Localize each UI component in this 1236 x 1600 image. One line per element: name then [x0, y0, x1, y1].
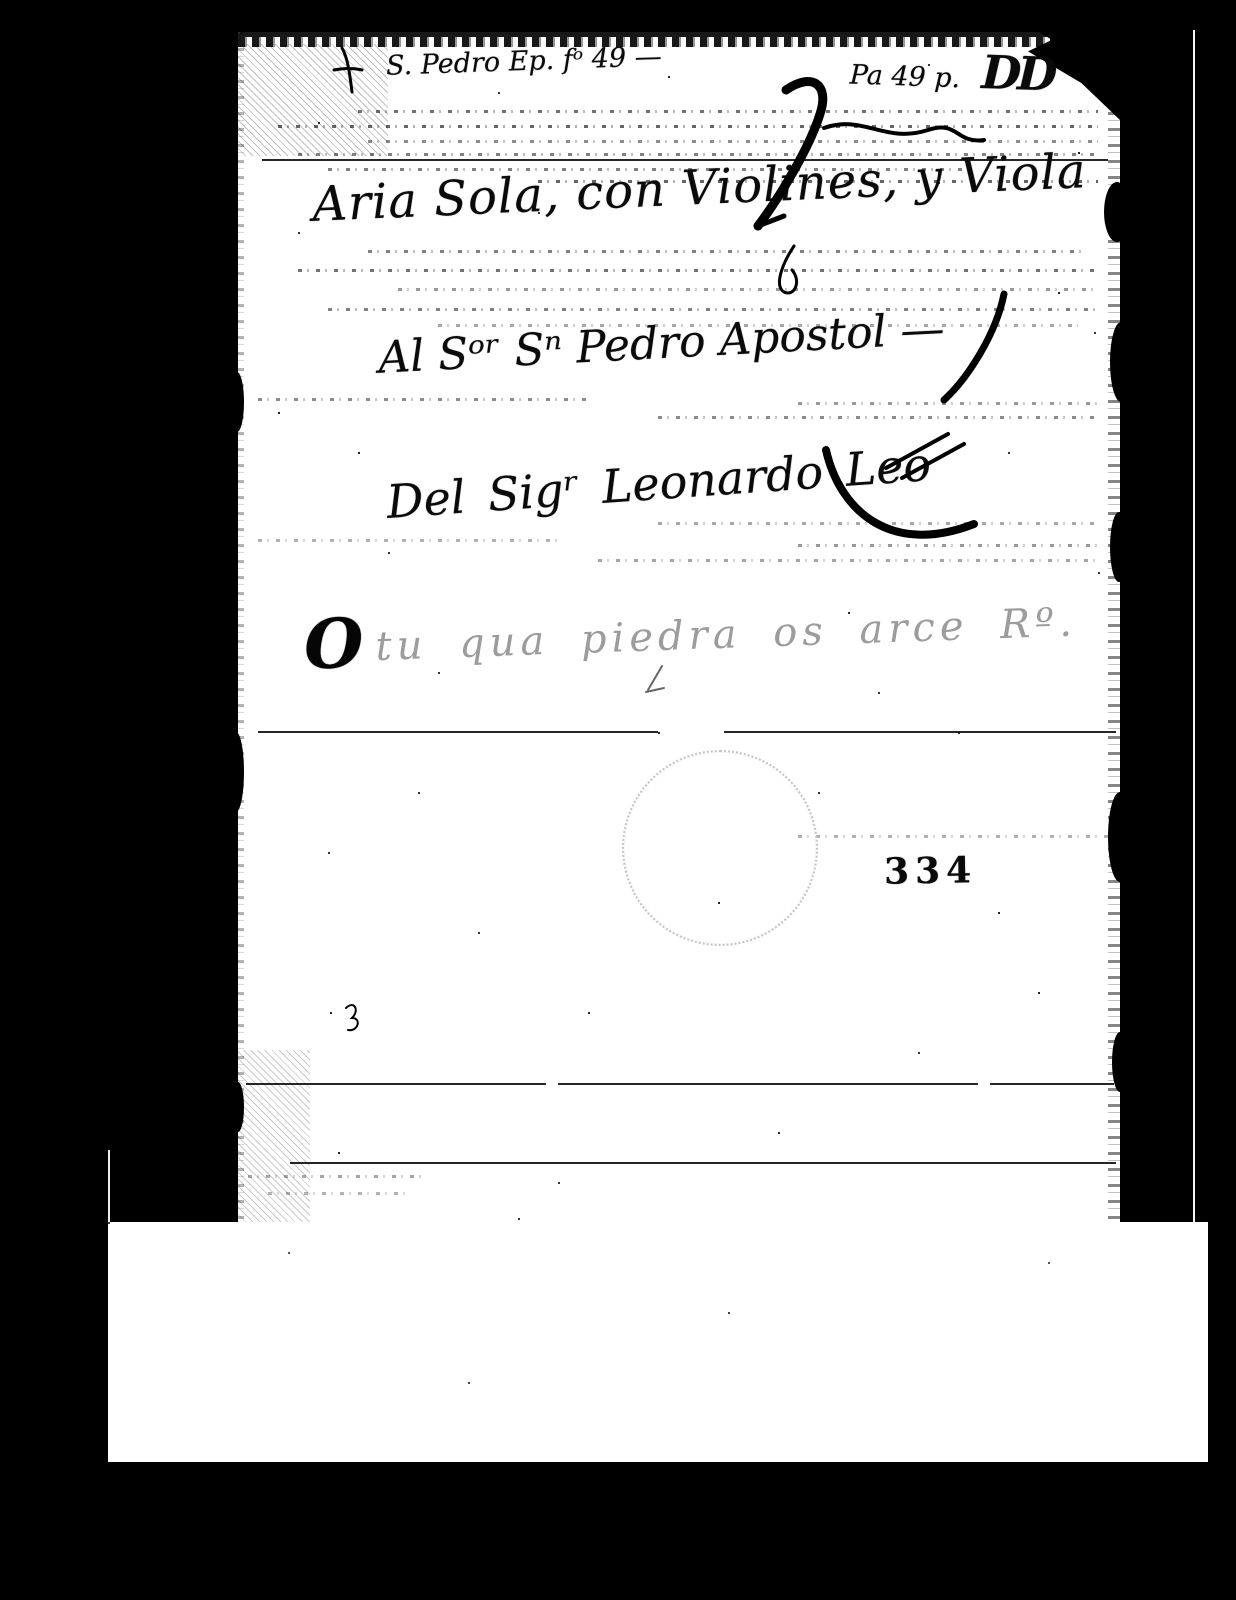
blank-sheet-below	[108, 1222, 1208, 1462]
scan-scratch-line-right	[1193, 30, 1195, 1222]
sheet-speckle-noise	[108, 1222, 110, 1224]
ink-blot-mark	[346, 1005, 358, 1030]
title-tall-flourish	[758, 82, 823, 226]
composer-hatch-marks	[886, 434, 964, 478]
incipit-check-mark	[646, 666, 664, 692]
corner-pen-mark	[334, 48, 362, 92]
ink-flourishes	[238, 32, 1120, 1222]
composer-swoosh	[826, 450, 974, 535]
annotation-underline-flourish	[824, 124, 984, 140]
apostol-flourish-stroke	[944, 294, 1004, 400]
scan-canvas: { "page": { "header_left": "S. Pedro Ep.…	[0, 0, 1236, 1600]
small-loop-mark	[779, 246, 796, 293]
scan-scratch-line-left	[108, 1150, 110, 1222]
manuscript-page: S. Pedro Ep. fᵒ 49 — Pa 49 p. DD Aria So…	[238, 32, 1120, 1222]
